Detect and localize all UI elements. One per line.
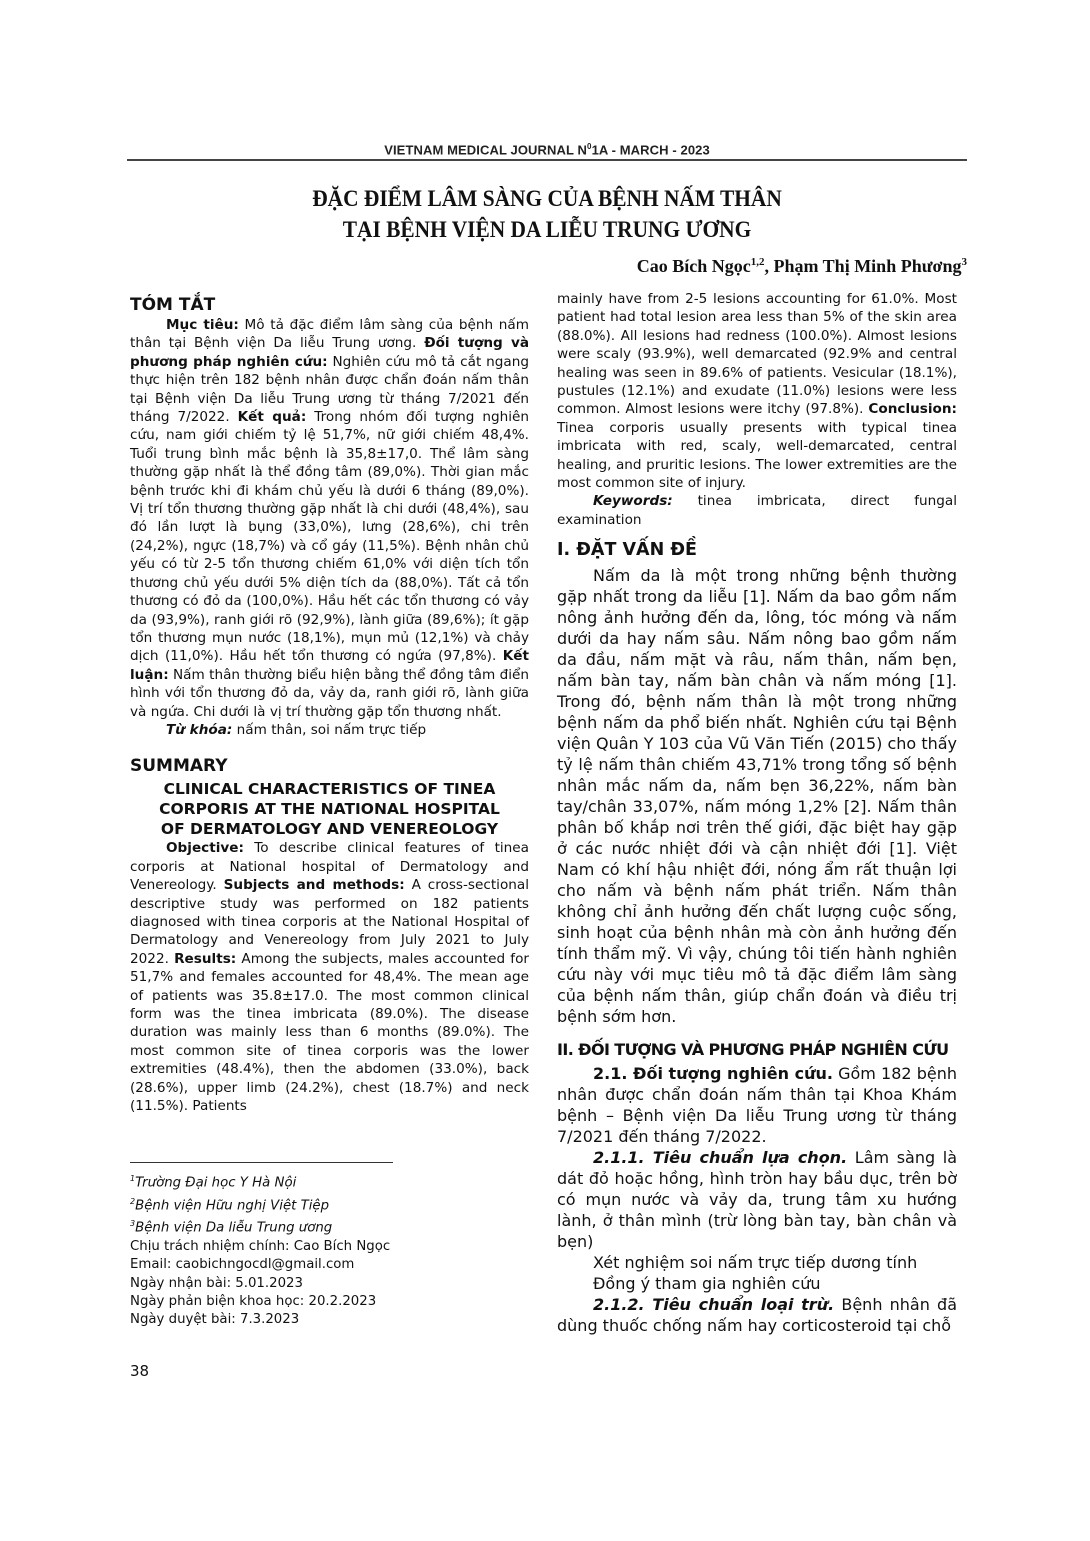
abstract-en-paragraph: Objective: To describe clinical features…	[130, 839, 529, 1115]
article-title: ĐẶC ĐIỂM LÂM SÀNG CỦA BỆNH NẤM THÂN TẠI …	[156, 183, 937, 245]
email-link[interactable]: Email: caobichngocdl@gmail.com	[130, 1256, 530, 1274]
footnote-rule	[130, 1162, 393, 1163]
keywords-label: Từ khóa:	[166, 722, 232, 738]
english-title-line-1: CLINICAL CHARACTERISTICS OF TINEA	[130, 779, 529, 799]
objective-label-en: Objective:	[166, 840, 244, 856]
methods-label-en: Subjects and methods:	[224, 877, 405, 893]
keywords-vn: Từ khóa: nấm thân, soi nấm trực tiếp	[130, 721, 529, 739]
accepted-date: Ngày duyệt bài: 7.3.2023	[130, 1311, 530, 1329]
author-name: Phạm Thị Minh Phương	[774, 256, 962, 276]
section-2-1-label: 2.1. Đối tượng nghiên cứu.	[593, 1064, 833, 1083]
results-label: Kết quả:	[238, 409, 307, 425]
abstract-vn-paragraph: Mục tiêu: Mô tả đặc điểm lâm sàng của bệ…	[130, 316, 529, 721]
summary-heading: SUMMARY	[130, 755, 529, 777]
english-title: CLINICAL CHARACTERISTICS OF TINEA CORPOR…	[130, 779, 529, 839]
keywords-text: nấm thân, soi nấm trực tiếp	[232, 722, 426, 738]
journal-name: VIETNAM MEDICAL JOURNAL N	[384, 142, 587, 157]
section-2-1-2-paragraph: 2.1.2. Tiêu chuẩn loại trừ. Bệnh nhân đã…	[557, 1294, 957, 1336]
section-2-heading: II. ĐỐI TƯỢNG VÀ PHƯƠNG PHÁP NGHIÊN CỨU	[557, 1039, 957, 1061]
author-name: Cao Bích Ngọc	[637, 256, 751, 276]
section-2-1-paragraph: 2.1. Đối tượng nghiên cứu. Gồm 182 bệnh …	[557, 1063, 957, 1147]
section-2-1-2-label: 2.1.2. Tiêu chuẩn loại trừ.	[593, 1295, 834, 1314]
author-affiliation: 3	[962, 256, 968, 268]
author-list: Cao Bích Ngọc1,2, Phạm Thị Minh Phương3	[637, 256, 967, 277]
affiliation-text: Trường Đại học Y Hà Nội	[135, 1175, 296, 1190]
results-text: Trong nhóm đối tượng nghiên cứu, nam giớ…	[130, 409, 529, 664]
section-2-1-1-paragraph: 2.1.1. Tiêu chuẩn lựa chọn. Lâm sàng là …	[557, 1147, 957, 1252]
section-1-paragraph: Nấm da là một trong những bệnh thường gặ…	[557, 565, 957, 1027]
english-title-line-2: CORPORIS AT THE NATIONAL HOSPITAL	[130, 799, 529, 819]
author-affiliation: 1,2	[751, 256, 765, 268]
abstract-vn-heading: TÓM TẮT	[130, 294, 529, 316]
results-label-en: Results:	[174, 951, 236, 967]
section-1-heading: I. ĐẶT VẤN ĐỀ	[557, 539, 957, 561]
journal-page: VIETNAM MEDICAL JOURNAL N01A - MARCH - 2…	[0, 0, 1090, 1541]
affiliation-2: 2Bệnh viện Hữu nghị Việt Tiệp	[130, 1193, 530, 1216]
objective-label: Mục tiêu:	[166, 317, 239, 333]
affiliation-3: 3Bệnh viện Da liễu Trung ương	[130, 1215, 530, 1238]
footnotes: 1Trường Đại học Y Hà Nội 2Bệnh viện Hữu …	[130, 1170, 530, 1330]
conclusion-text-en: Tinea corporis usually presents with typ…	[557, 420, 957, 491]
corresponding-author: Chịu trách nhiệm chính: Cao Bích Ngọc	[130, 1238, 530, 1256]
header-rule	[127, 159, 967, 161]
conclusion-label-en: Conclusion:	[868, 401, 957, 417]
received-date: Ngày nhận bài: 5.01.2023	[130, 1275, 530, 1293]
journal-issue-date: 1A - MARCH - 2023	[592, 142, 710, 157]
keywords-label-en: Keywords:	[593, 493, 673, 509]
title-line-1: ĐẶC ĐIỂM LÂM SÀNG CỦA BỆNH NẤM THÂN	[156, 183, 937, 214]
review-date: Ngày phản biện khoa học: 20.2.2023	[130, 1293, 530, 1311]
results-text-en-continued: mainly have from 2-5 lesions accounting …	[557, 291, 957, 417]
author-separator: ,	[765, 256, 774, 276]
page-number: 38	[130, 1362, 149, 1380]
affiliation-text: Bệnh viện Hữu nghị Việt Tiệp	[135, 1198, 329, 1213]
conclusion-text: Nấm thân thường biểu hiện bằng thể đồng …	[130, 667, 529, 720]
affiliation-text: Bệnh viện Da liễu Trung ương	[135, 1221, 332, 1236]
results-text-en: Among the subjects, males accounted for …	[130, 951, 529, 1114]
abstract-en-continued: mainly have from 2-5 lesions accounting …	[557, 290, 957, 492]
inclusion-item-1: Xét nghiệm soi nấm trực tiếp dương tính	[557, 1252, 957, 1273]
section-2-1-1-label: 2.1.1. Tiêu chuẩn lựa chọn.	[593, 1148, 847, 1167]
english-title-line-3: OF DERMATOLOGY AND VENEREOLOGY	[130, 819, 529, 839]
left-column: TÓM TẮT Mục tiêu: Mô tả đặc điểm lâm sàn…	[130, 294, 529, 1115]
right-column: mainly have from 2-5 lesions accounting …	[557, 290, 957, 1336]
keywords-en: Keywords: tinea imbricata, direct fungal…	[557, 492, 957, 529]
running-header: VIETNAM MEDICAL JOURNAL N01A - MARCH - 2…	[127, 142, 967, 157]
inclusion-item-2: Đồng ý tham gia nghiên cứu	[557, 1273, 957, 1294]
title-line-2: TẠI BỆNH VIỆN DA LIỄU TRUNG ƯƠNG	[156, 214, 937, 245]
affiliation-1: 1Trường Đại học Y Hà Nội	[130, 1170, 530, 1193]
